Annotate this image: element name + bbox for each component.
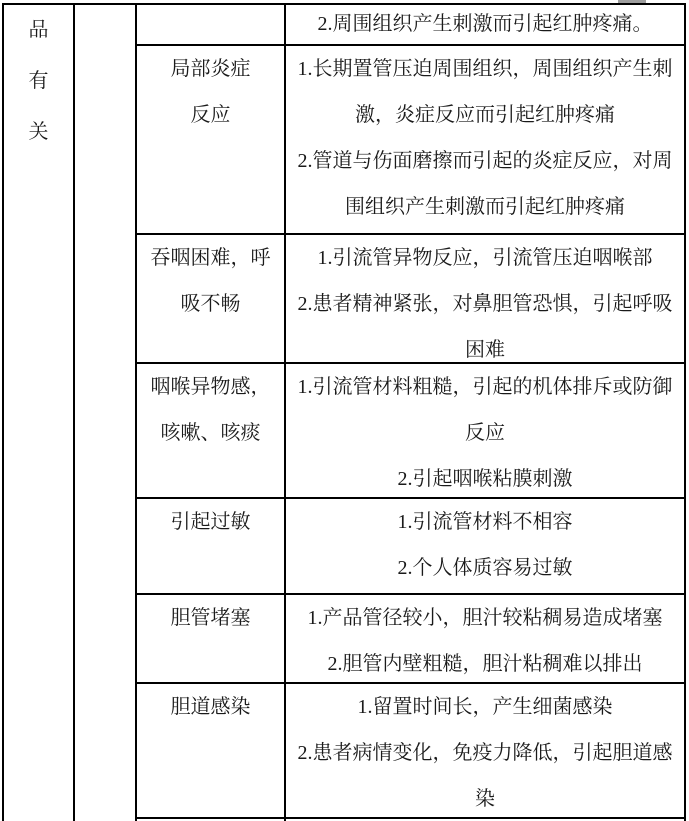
document-page: 品 有 关 2.周围组织产生刺激而引起红肿疼痛。 局部炎症 反应 1.长期置管压… — [0, 0, 689, 821]
cause-paragraph: 2.引起咽喉粘膜刺激 — [286, 456, 684, 497]
cause-paragraph: 1.产品管径较小，胆汁较粘稠易造成堵塞 — [286, 595, 684, 641]
cause-paragraph: 2.个人体质容易过敏 — [286, 545, 684, 591]
hazard-cell: 咽喉异物感， 咳嗽、咳痰 — [137, 364, 284, 497]
cause-paragraph: 1.引流管材料不相容 — [286, 499, 684, 545]
cause-paragraph: 2.患者病情变化，免疫力降低，引起胆道感 染 — [286, 730, 684, 817]
risk-table: 品 有 关 2.周围组织产生刺激而引起红肿疼痛。 局部炎症 反应 1.长期置管压… — [2, 3, 686, 821]
hazard-cell: 胆管堵塞 — [137, 595, 284, 682]
cause-cell: 1.引流管异物反应，引流管压迫咽喉部 2.患者精神紧张，对鼻胆管恐惧，引起呼吸 … — [284, 235, 684, 362]
cause-paragraph: 1.留置时间长，产生细菌感染 — [286, 684, 684, 730]
cause-paragraph: 1.引流管异物反应，引流管压迫咽喉部 — [286, 235, 684, 281]
hazard-cell — [137, 5, 284, 44]
hazard-cell: 吞咽困难，呼 吸不畅 — [137, 235, 284, 362]
table-row: 引起过敏 1.引流管材料不相容 2.个人体质容易过敏 — [137, 499, 684, 595]
table-rows: 2.周围组织产生刺激而引起红肿疼痛。 局部炎症 反应 1.长期置管压迫周围组织，… — [137, 5, 684, 821]
cause-cell: 1.引流管材料粗糙，引起的机体排斥或防御 反应 2.引起咽喉粘膜刺激 — [284, 364, 684, 497]
row-group-label: 品 有 关 — [4, 5, 75, 821]
hazard-cell: 局部炎症 反应 — [137, 46, 284, 233]
hazard-cell: 胆道感染 — [137, 684, 284, 817]
table-row: 胆管堵塞 1.产品管径较小，胆汁较粘稠易造成堵塞 2.胆管内壁粗糙，胆汁粘稠难以… — [137, 595, 684, 684]
table-row: 局部炎症 反应 1.长期置管压迫周围组织，周围组织产生刺 激，炎症反应而引起红肿… — [137, 46, 684, 235]
cause-cell: 2.周围组织产生刺激而引起红肿疼痛。 — [284, 5, 684, 44]
cause-cell: 1.留置时间长，产生细菌感染 2.患者病情变化，免疫力降低，引起胆道感 染 — [284, 684, 684, 817]
table-row: 胆道感染 1.留置时间长，产生细菌感染 2.患者病情变化，免疫力降低，引起胆道感… — [137, 684, 684, 819]
empty-column — [75, 5, 137, 821]
cause-cell: 1.引流管材料不相容 2.个人体质容易过敏 — [284, 499, 684, 593]
table-row: 咽喉异物感， 咳嗽、咳痰 1.引流管材料粗糙，引起的机体排斥或防御 反应 2.引… — [137, 364, 684, 499]
cause-cell: 1.长期置管压迫周围组织，周围组织产生刺 激，炎症反应而引起红肿疼痛 2.管道与… — [284, 46, 684, 233]
hazard-cell: 引起过敏 — [137, 499, 284, 593]
cause-paragraph: 1.长期置管压迫周围组织，周围组织产生刺 激，炎症反应而引起红肿疼痛 — [286, 46, 684, 138]
cause-paragraph: 2.周围组织产生刺激而引起红肿疼痛。 — [286, 5, 684, 44]
table-row: 吞咽困难，呼 吸不畅 1.引流管异物反应，引流管压迫咽喉部 2.患者精神紧张，对… — [137, 235, 684, 364]
cause-cell: 1.产品管径较小，胆汁较粘稠易造成堵塞 2.胆管内壁粗糙，胆汁粘稠难以排出 — [284, 595, 684, 682]
cause-paragraph: 2.患者精神紧张，对鼻胆管恐惧，引起呼吸 困难 — [286, 281, 684, 362]
cause-paragraph: 2.管道与伤面磨擦而引起的炎症反应，对周 围组织产生刺激而引起红肿疼痛 — [286, 138, 684, 230]
table-row: 2.周围组织产生刺激而引起红肿疼痛。 — [137, 5, 684, 46]
cause-paragraph: 2.胆管内壁粗糙，胆汁粘稠难以排出 — [286, 641, 684, 682]
cause-paragraph: 1.引流管材料粗糙，引起的机体排斥或防御 反应 — [286, 364, 684, 456]
